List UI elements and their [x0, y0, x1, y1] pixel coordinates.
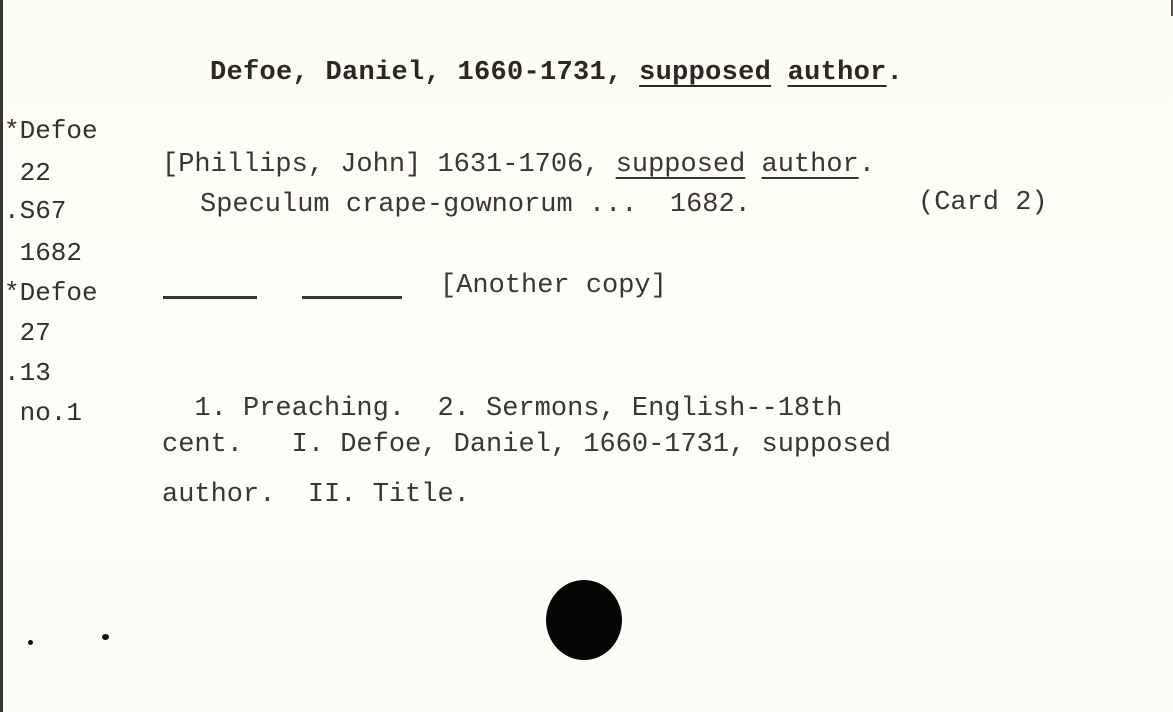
call-number-line: *Defoe [4, 118, 98, 144]
heading-role-author: author [788, 58, 887, 88]
dash-rule-author [163, 296, 257, 299]
dash-rule-title [302, 296, 402, 299]
added-entry-heading: Defoe, Daniel, 1660-1731, supposed autho… [210, 58, 903, 88]
another-copy-note: [Another copy] [440, 273, 667, 300]
card-punch-hole [546, 580, 622, 660]
catalog-card: Defoe, Daniel, 1660-1731, supposed autho… [0, 0, 1173, 712]
tracing-line: author. II. Title. [162, 482, 470, 509]
call-number-line: no.1 [4, 400, 82, 426]
speck-mark [28, 640, 33, 645]
heading-name-dates: Defoe, Daniel, 1660-1731, [210, 58, 639, 88]
call-number-line: 1682 [4, 240, 82, 266]
speck-mark [102, 634, 109, 640]
call-number-line: 22 [4, 160, 51, 186]
heading-period: . [887, 58, 904, 88]
call-number-line: 27 [4, 320, 51, 346]
main-entry-author-line: [Phillips, John] 1631-1706, supposed aut… [162, 152, 875, 179]
tracing-line: cent. I. Defoe, Daniel, 1660-1731, suppo… [162, 432, 891, 459]
author-role-supposed: supposed [616, 150, 746, 180]
call-number-line: .S67 [4, 198, 66, 224]
card-number: (Card 2) [918, 190, 1048, 217]
card-left-edge [0, 0, 3, 712]
author-line-period: . [859, 150, 875, 180]
heading-role-supposed: supposed [639, 58, 771, 88]
call-number-line: *Defoe [4, 280, 98, 306]
author-name-dates: [Phillips, John] 1631-1706, [162, 150, 616, 180]
tracing-line: 1. Preaching. 2. Sermons, English--18th [162, 396, 843, 423]
call-number-line: .13 [4, 360, 51, 386]
author-role-author: author [762, 150, 859, 180]
title-line: Speculum crape-gownorum ... 1682. [200, 192, 751, 219]
